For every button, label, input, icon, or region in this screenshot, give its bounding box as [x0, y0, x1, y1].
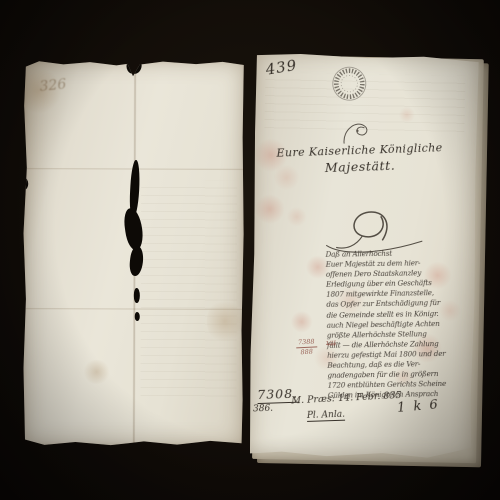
- ghost-number: 326: [39, 76, 67, 95]
- right-page-stack: 439 Eure Kaiserliche Königliche Majestät…: [248, 52, 480, 460]
- horizontal-crease: [23, 308, 244, 311]
- fraction-denominator: 888: [296, 348, 317, 356]
- foxing-stain: [255, 194, 286, 225]
- fraction-numerator: 7388: [296, 338, 317, 348]
- petition-body: Daß an Allerhöchst Euer Majestät zu dem …: [326, 248, 470, 402]
- file-note: Pl. Anla.: [307, 410, 345, 422]
- paper-stain: [83, 360, 111, 384]
- foxing-stain: [287, 207, 307, 227]
- foxing-stain: [291, 311, 313, 333]
- presentation-date: M. Præs: 14. Febr. 835: [291, 390, 402, 407]
- fraction-suffix: VII: [326, 340, 336, 347]
- left-page: 326: [22, 60, 244, 447]
- tear-hole: [134, 288, 140, 303]
- right-page: 439 Eure Kaiserliche Königliche Majestät…: [248, 52, 480, 460]
- registry-fraction-note: 7388 888 VII: [296, 338, 317, 355]
- salutation-heading: Eure Kaiserliche Königliche Majestätt.: [261, 141, 458, 177]
- clerk-signature: 1 k 6: [397, 397, 441, 416]
- ink-showthrough: [140, 180, 237, 400]
- tear-hole: [135, 312, 140, 321]
- edge-nick: [20, 178, 28, 190]
- tear-hole: [125, 56, 143, 75]
- registry-sub-number: 386.: [253, 404, 273, 415]
